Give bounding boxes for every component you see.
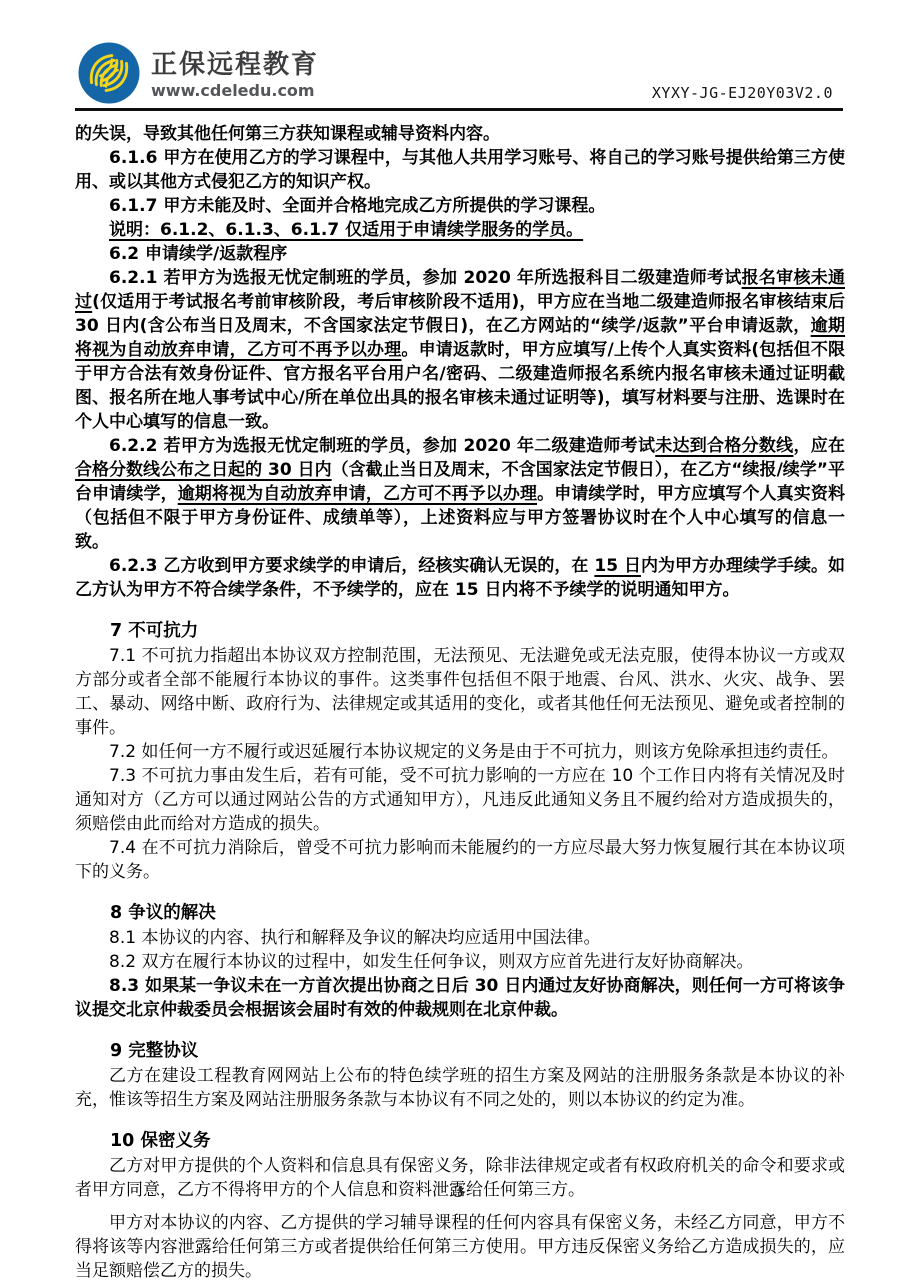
section-heading-7: 7 不可抗力 — [75, 618, 845, 644]
paragraph-7-4: 7.4 在不可抗力消除后，曾受不可抗力影响而未能履约的一方应尽最大努力恢复履行其… — [75, 836, 845, 884]
logo: 正保远程教育 www.cdeledu.com — [78, 42, 319, 108]
note-underlined-text: 说明：6.1.2、6.1.3、6.1.7 仅适用于申请续学服务的学员。 — [109, 220, 583, 240]
paragraph-6-1-6: 6.1.6 甲方在使用乙方的学习课程中，与其他人共用学习账号、将自己的学习账号提… — [75, 146, 845, 194]
paragraph-7-1: 7.1 不可抗力指超出本协议双方控制范围，无法预见、无法避免或无法克服，使得本协… — [75, 644, 845, 740]
document-page: 正保远程教育 www.cdeledu.com XYXY-JG-EJ20Y03V2… — [0, 0, 917, 1283]
paragraph-6-2-2: 6.2.2 若甲方为选报无忧定制班的学员，参加 2020 年二级建造师考试未达到… — [75, 434, 845, 554]
page-number: 3 — [0, 1182, 917, 1201]
paragraph-continuation: 的失误，导致其他任何第三方获知课程或辅导资料内容。 — [75, 122, 845, 146]
paragraph-7-3: 7.3 不可抗力事由发生后，若有可能，受不可抗力影响的一方应在 10 个工作日内… — [75, 764, 845, 836]
document-header: 正保远程教育 www.cdeledu.com XYXY-JG-EJ20Y03V2… — [0, 0, 917, 116]
section-heading-9: 9 完整协议 — [75, 1038, 845, 1064]
logo-text-block: 正保远程教育 www.cdeledu.com — [151, 49, 319, 101]
section-heading-10: 10 保密义务 — [75, 1128, 845, 1154]
logo-company-name: 正保远程教育 — [151, 49, 319, 81]
paragraph-8-1: 8.1 本协议的内容、执行和解释及争议的解决均应适用中国法律。 — [75, 926, 845, 950]
paragraph-8-2: 8.2 双方在履行本协议的过程中，如发生任何争议，则双方应首先进行友好协商解决。 — [75, 950, 845, 974]
paragraph-note-6-1: 说明：6.1.2、6.1.3、6.1.7 仅适用于申请续学服务的学员。 — [75, 218, 845, 242]
header-divider — [75, 108, 843, 111]
cdel-logo-icon — [78, 42, 140, 108]
section-heading-6-2: 6.2 申请续学/返款程序 — [75, 242, 845, 266]
paragraph-6-2-1: 6.2.1 若甲方为选报无忧定制班的学员，参加 2020 年所选报科目二级建造师… — [75, 266, 845, 434]
section-heading-8: 8 争议的解决 — [75, 900, 845, 926]
paragraph-9: 乙方在建设工程教育网网站上公布的特色续学班的招生方案及网站的注册服务条款是本协议… — [75, 1064, 845, 1112]
logo-website-url: www.cdeledu.com — [151, 81, 319, 101]
paragraph-7-2: 7.2 如任何一方不履行或迟延履行本协议规定的义务是由于不可抗力，则该方免除承担… — [75, 740, 845, 764]
document-code: XYXY-JG-EJ20Y03V2.0 — [652, 84, 833, 102]
paragraph-6-1-7: 6.1.7 甲方未能及时、全面并合格地完成乙方所提供的学习课程。 — [75, 194, 845, 218]
paragraph-10-2: 甲方对本协议的内容、乙方提供的学习辅导课程的任何内容具有保密义务，未经乙方同意，… — [75, 1211, 845, 1283]
contract-body: 的失误，导致其他任何第三方获知课程或辅导资料内容。 6.1.6 甲方在使用乙方的… — [75, 122, 845, 1283]
paragraph-6-2-3: 6.2.3 乙方收到甲方要求续学的申请后，经核实确认无误的，在 15 日内为甲方… — [75, 554, 845, 602]
paragraph-8-3: 8.3 如果某一争议未在一方首次提出协商之日后 30 日内通过友好协商解决，则任… — [75, 974, 845, 1022]
